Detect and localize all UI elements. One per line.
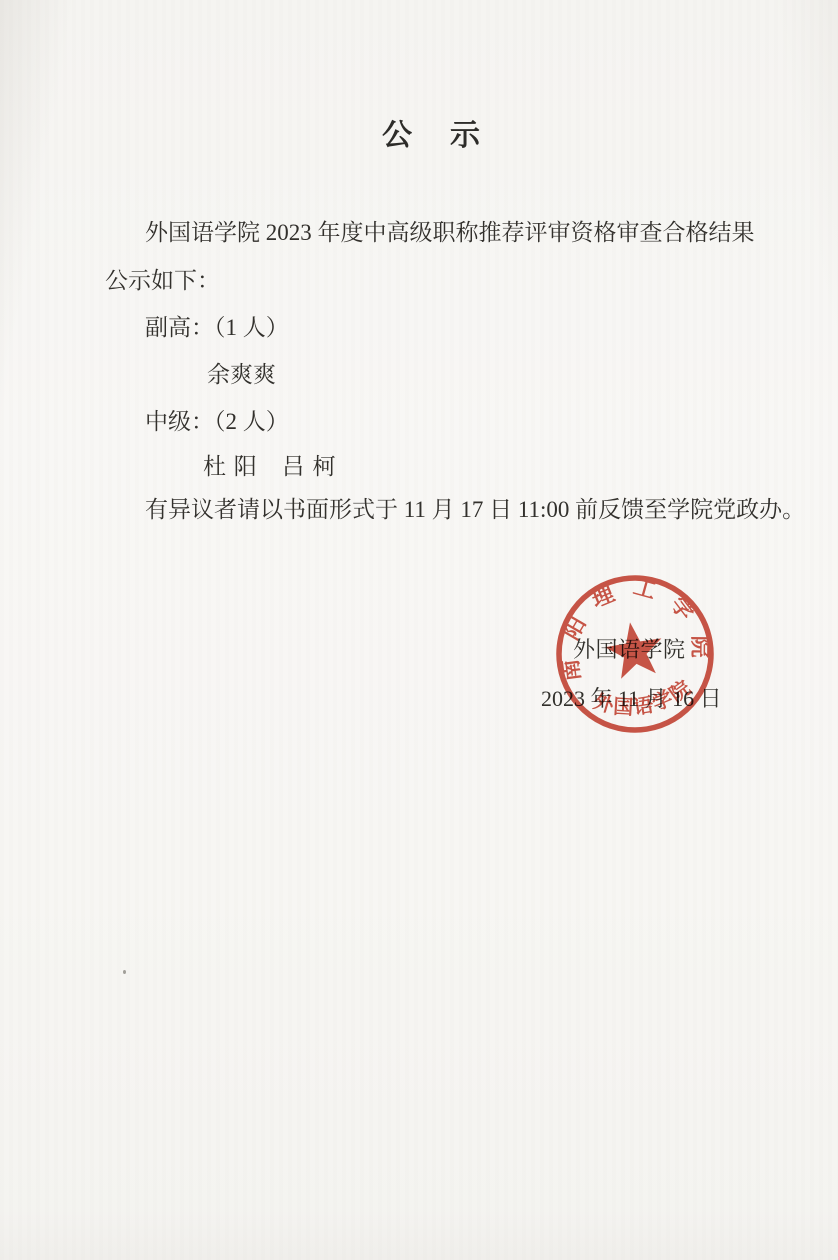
body-line-feedback-notice: 有异议者请以书面形式于 11 月 17 日 11:00 前反馈至学院党政办。 (145, 497, 805, 523)
official-seal: 南阳理工学院 外国语学院 (553, 572, 717, 736)
seal-bottom-text-group: 外国语学院 (587, 673, 698, 726)
document-page: 公 示 外国语学院 2023 年度中高级职称推荐评审资格审查合格结果 公示如下：… (0, 0, 838, 1260)
body-line-result-summary: 外国语学院 2023 年度中高级职称推荐评审资格审查合格结果 (145, 220, 755, 246)
seal-star (602, 618, 667, 681)
document-title: 公 示 (0, 110, 838, 154)
paper-speck (123, 970, 126, 974)
body-line-announce-intro: 公示如下： (105, 268, 220, 294)
body-line-intermediate-category: 中级：（2 人） (145, 409, 289, 435)
body-line-intermediate-names: 杜 阳 吕 柯 (203, 454, 337, 480)
body-line-senior-category: 副高：（1 人） (145, 315, 289, 341)
seal-bottom-text: 外国语学院 (587, 673, 698, 726)
body-line-senior-name: 余爽爽 (207, 362, 276, 388)
